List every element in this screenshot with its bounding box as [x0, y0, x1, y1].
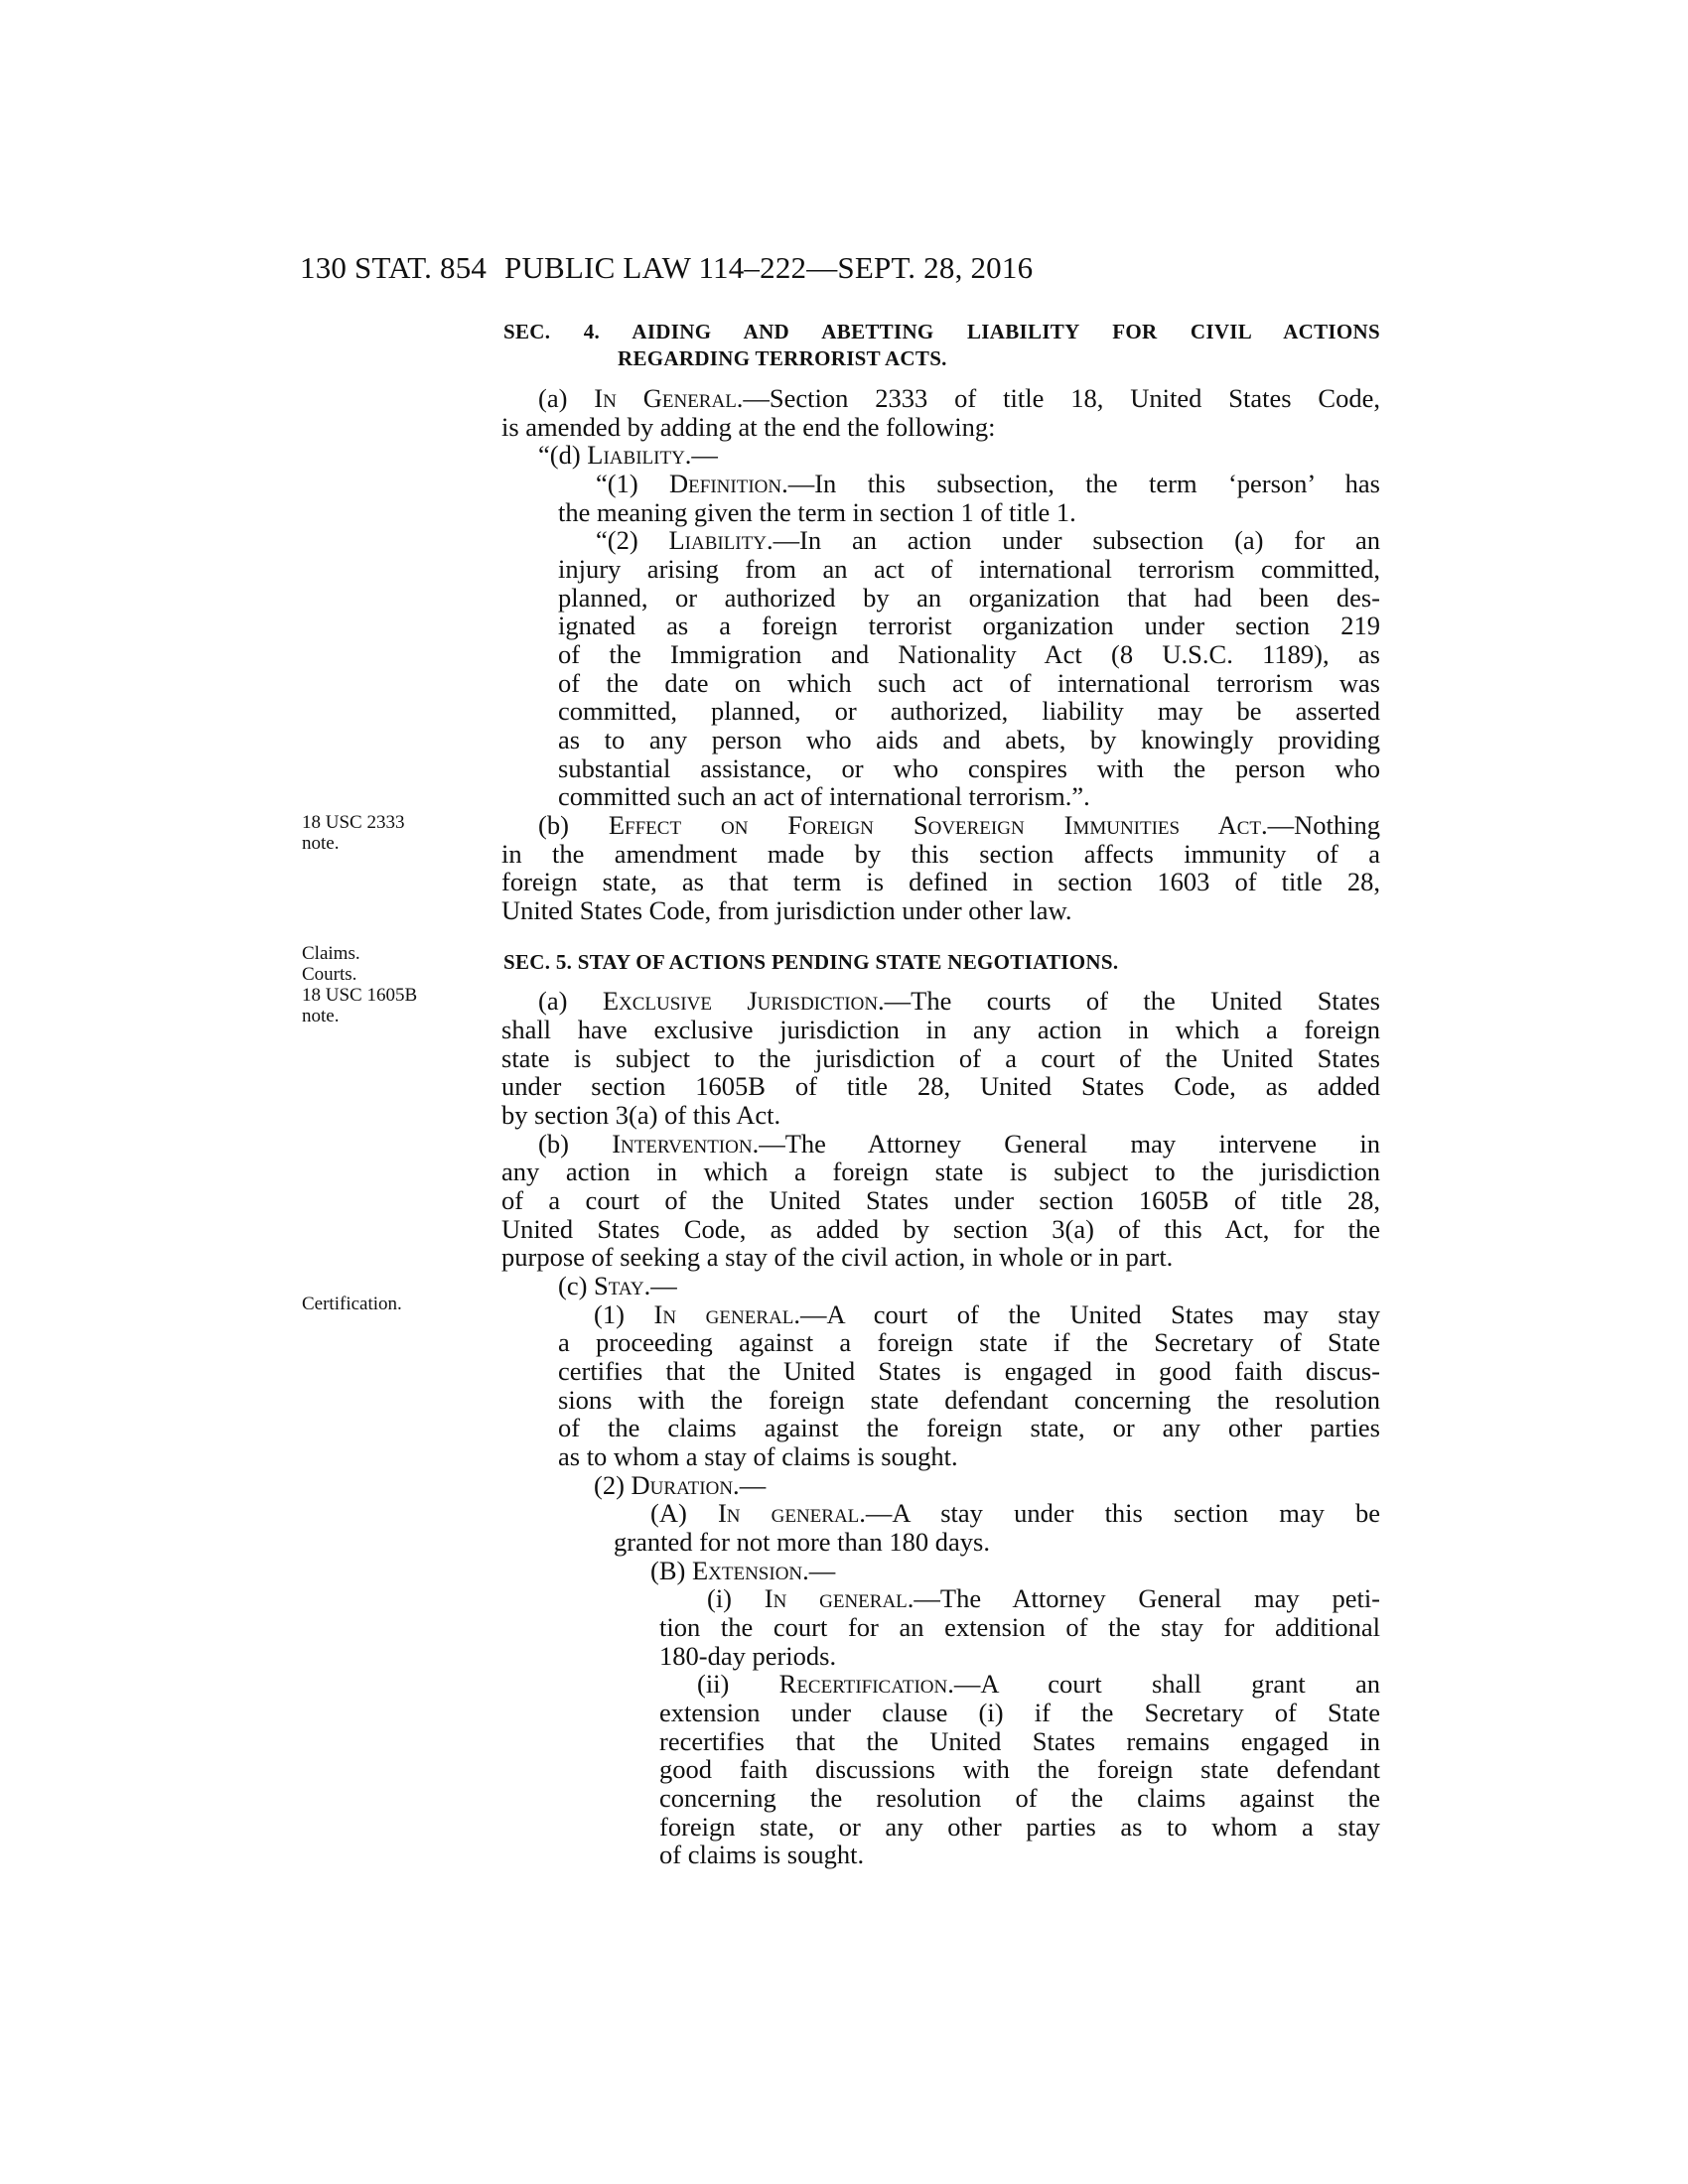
subsection-caption: Effect on Foreign Sovereign Immunities A… — [609, 810, 1268, 840]
subsection-label: (b) — [538, 1129, 612, 1159]
subsection-caption: In general. — [654, 1299, 800, 1329]
subsection-label: “(1) — [596, 469, 669, 498]
sec5-c2A-line: granted for not more than 180 days. — [614, 1528, 1380, 1557]
subsection-caption: Recertification. — [779, 1669, 954, 1699]
sec4-d-line: “(d) Liability.— — [538, 441, 935, 470]
sec5-c2B-line: (B) Extension.— — [650, 1557, 1048, 1585]
sec4-d2-line: substantial assistance, or who conspires… — [558, 754, 1380, 783]
sec5-c2Bii-line: good faith discussions with the foreign … — [659, 1755, 1380, 1784]
sec5-a-line: (a) Exclusive Jurisdiction.—The courts o… — [538, 987, 1380, 1016]
text-run: —The Attorney General may intervene in — [759, 1129, 1380, 1159]
subsection-caption: In general. — [718, 1498, 866, 1528]
sec4-b-line: (b) Effect on Foreign Sovereign Immuniti… — [538, 811, 1380, 840]
sec4-d2-line: of the date on which such act of interna… — [558, 669, 1380, 698]
sec4-b-line: in the amendment made by this section af… — [501, 840, 1380, 869]
margin-note-line: note. — [302, 833, 404, 854]
subsection-label: (A) — [650, 1498, 718, 1528]
text-run: —In an action under subsection (a) for a… — [774, 525, 1380, 555]
sec5-c1-line: sions with the foreign state defendant c… — [558, 1386, 1380, 1415]
sec5-a-line: shall have exclusive jurisdiction in any… — [501, 1016, 1380, 1044]
sec5-c-line: (c) Stay.— — [558, 1272, 955, 1300]
margin-note-line: 18 USC 1605B — [302, 985, 417, 1006]
sec4-a-line: is amended by adding at the end the foll… — [501, 413, 1380, 442]
subsection-label: (B) — [650, 1556, 692, 1585]
subsection-caption: In General. — [594, 383, 743, 413]
sec5-a-line: state is subject to the jurisdiction of … — [501, 1044, 1380, 1073]
document-page: 130 STAT. 854 PUBLIC LAW 114–222—SEPT. 2… — [0, 0, 1688, 2184]
sec5-c1-line: (1) In general.—A court of the United St… — [594, 1300, 1380, 1329]
sec5-b-line: of a court of the United States under se… — [501, 1186, 1380, 1215]
sec5-b-line: (b) Intervention.—The Attorney General m… — [538, 1130, 1380, 1159]
sec5-c2Bi-line: tion the court for an extension of the s… — [659, 1613, 1380, 1642]
subsection-label: “(d) — [538, 440, 587, 470]
sec4-d2-line: of the Immigration and Nationality Act (… — [558, 640, 1380, 669]
sec4-d2-line: ignated as a foreign terrorist organizat… — [558, 612, 1380, 640]
text-run: —The courts of the United States — [885, 986, 1380, 1016]
subsection-caption: Intervention. — [612, 1129, 759, 1159]
stat-citation: 130 STAT. 854 — [300, 250, 487, 286]
margin-note-line: Certification. — [302, 1294, 402, 1314]
subsection-label: (2) — [594, 1470, 632, 1500]
text-run: —A court of the United States may stay — [800, 1299, 1380, 1329]
sec5-b-line: United States Code, as added by section … — [501, 1215, 1380, 1244]
subsection-caption: Liability. — [668, 525, 773, 555]
text-run: —Section 2333 of title 18, United States… — [743, 383, 1380, 413]
sec5-c2Bii-line: recertifies that the United States remai… — [659, 1727, 1380, 1756]
subsection-caption: Extension. — [692, 1556, 809, 1585]
sec4-b-line: foreign state, as that term is defined i… — [501, 868, 1380, 896]
sec4-heading-cont: REGARDING TERRORIST ACTS. — [618, 344, 1313, 373]
sec5-c2-line: (2) Duration.— — [594, 1471, 991, 1500]
subsection-caption: Stay. — [594, 1271, 650, 1300]
sec4-heading: SEC. 4. AIDING AND ABETTING LIABILITY FO… — [503, 318, 1380, 346]
sec5-c2Bii-line: (ii) Recertification.—A court shall gran… — [697, 1670, 1380, 1699]
sec4-d2-line: committed such an act of international t… — [558, 782, 1380, 811]
sec4-d2-line: planned, or authorized by an organizatio… — [558, 584, 1380, 613]
sec5-c1-line: a proceeding against a foreign state if … — [558, 1328, 1380, 1357]
margin-note-18usc2333: 18 USC 2333 note. — [302, 812, 404, 854]
subsection-caption: In general. — [765, 1583, 914, 1613]
subsection-label: (ii) — [697, 1669, 779, 1699]
sec4-d2-line: as to any person who aids and abets, by … — [558, 726, 1380, 754]
law-title: PUBLIC LAW 114–222—SEPT. 28, 2016 — [504, 250, 1033, 286]
subsection-caption: Exclusive Jurisdiction. — [603, 986, 885, 1016]
subsection-label: (i) — [707, 1583, 765, 1613]
text-run: —The Attorney General may peti- — [914, 1583, 1380, 1613]
subsection-label: (b) — [538, 810, 609, 840]
text-run: — — [809, 1556, 836, 1585]
margin-note-claims-courts: Claims. Courts. 18 USC 1605B note. — [302, 943, 417, 1026]
sec4-b-line: United States Code, from jurisdiction un… — [501, 896, 1380, 925]
sec5-heading: SEC. 5. STAY OF ACTIONS PENDING STATE NE… — [503, 948, 1380, 977]
sec4-d2-line: injury arising from an act of internatio… — [558, 555, 1380, 584]
sec5-c1-line: as to whom a stay of claims is sought. — [558, 1442, 1380, 1471]
subsection-label: “(2) — [596, 525, 668, 555]
text-run: —Nothing — [1268, 810, 1380, 840]
sec5-c2Bii-line: of claims is sought. — [659, 1841, 1380, 1869]
subsection-label: (1) — [594, 1299, 654, 1329]
sec4-d2-line: “(2) Liability.—In an action under subse… — [596, 526, 1380, 555]
sec5-c2Bi-line: (i) In general.—The Attorney General may… — [707, 1584, 1380, 1613]
text-run: — — [740, 1470, 767, 1500]
sec5-c2A-line: (A) In general.—A stay under this sectio… — [650, 1499, 1380, 1528]
sec4-d1-line: the meaning given the term in section 1 … — [558, 498, 1380, 527]
sec5-b-line: any action in which a foreign state is s… — [501, 1158, 1380, 1186]
sec5-c2Bii-line: concerning the resolution of the claims … — [659, 1784, 1380, 1813]
subsection-label: (c) — [558, 1271, 594, 1300]
margin-note-line: 18 USC 2333 — [302, 812, 404, 833]
sec4-d2-line: committed, planned, or authorized, liabi… — [558, 697, 1380, 726]
sec5-c2Bi-line: 180-day periods. — [659, 1642, 1380, 1671]
margin-note-certification: Certification. — [302, 1294, 402, 1314]
text-run: —A court shall grant an — [954, 1669, 1380, 1699]
margin-note-line: Courts. — [302, 964, 417, 985]
text-run: — — [691, 440, 718, 470]
subsection-caption: Duration. — [632, 1470, 740, 1500]
subsection-caption: Liability. — [587, 440, 691, 470]
sec5-c2Bii-line: foreign state, or any other parties as t… — [659, 1813, 1380, 1842]
sec4-a-line: (a) In General.—Section 2333 of title 18… — [538, 384, 1380, 413]
sec5-c1-line: certifies that the United States is enga… — [558, 1357, 1380, 1386]
margin-note-line: note. — [302, 1006, 417, 1026]
margin-note-line: Claims. — [302, 943, 417, 964]
sec5-b-line: purpose of seeking a stay of the civil a… — [501, 1243, 1380, 1272]
subsection-label: (a) — [538, 986, 603, 1016]
text-run: — — [650, 1271, 677, 1300]
sec5-a-line: under section 1605B of title 28, United … — [501, 1072, 1380, 1101]
subsection-caption: Definition. — [669, 469, 788, 498]
text-run: —A stay under this section may be — [866, 1498, 1380, 1528]
sec5-c2Bii-line: extension under clause (i) if the Secret… — [659, 1699, 1380, 1727]
sec5-c1-line: of the claims against the foreign state,… — [558, 1414, 1380, 1442]
text-run: —In this subsection, the term ‘person’ h… — [788, 469, 1380, 498]
sec4-d1-line: “(1) Definition.—In this subsection, the… — [596, 470, 1380, 498]
sec5-a-line: by section 3(a) of this Act. — [501, 1101, 1380, 1130]
subsection-label: (a) — [538, 383, 594, 413]
